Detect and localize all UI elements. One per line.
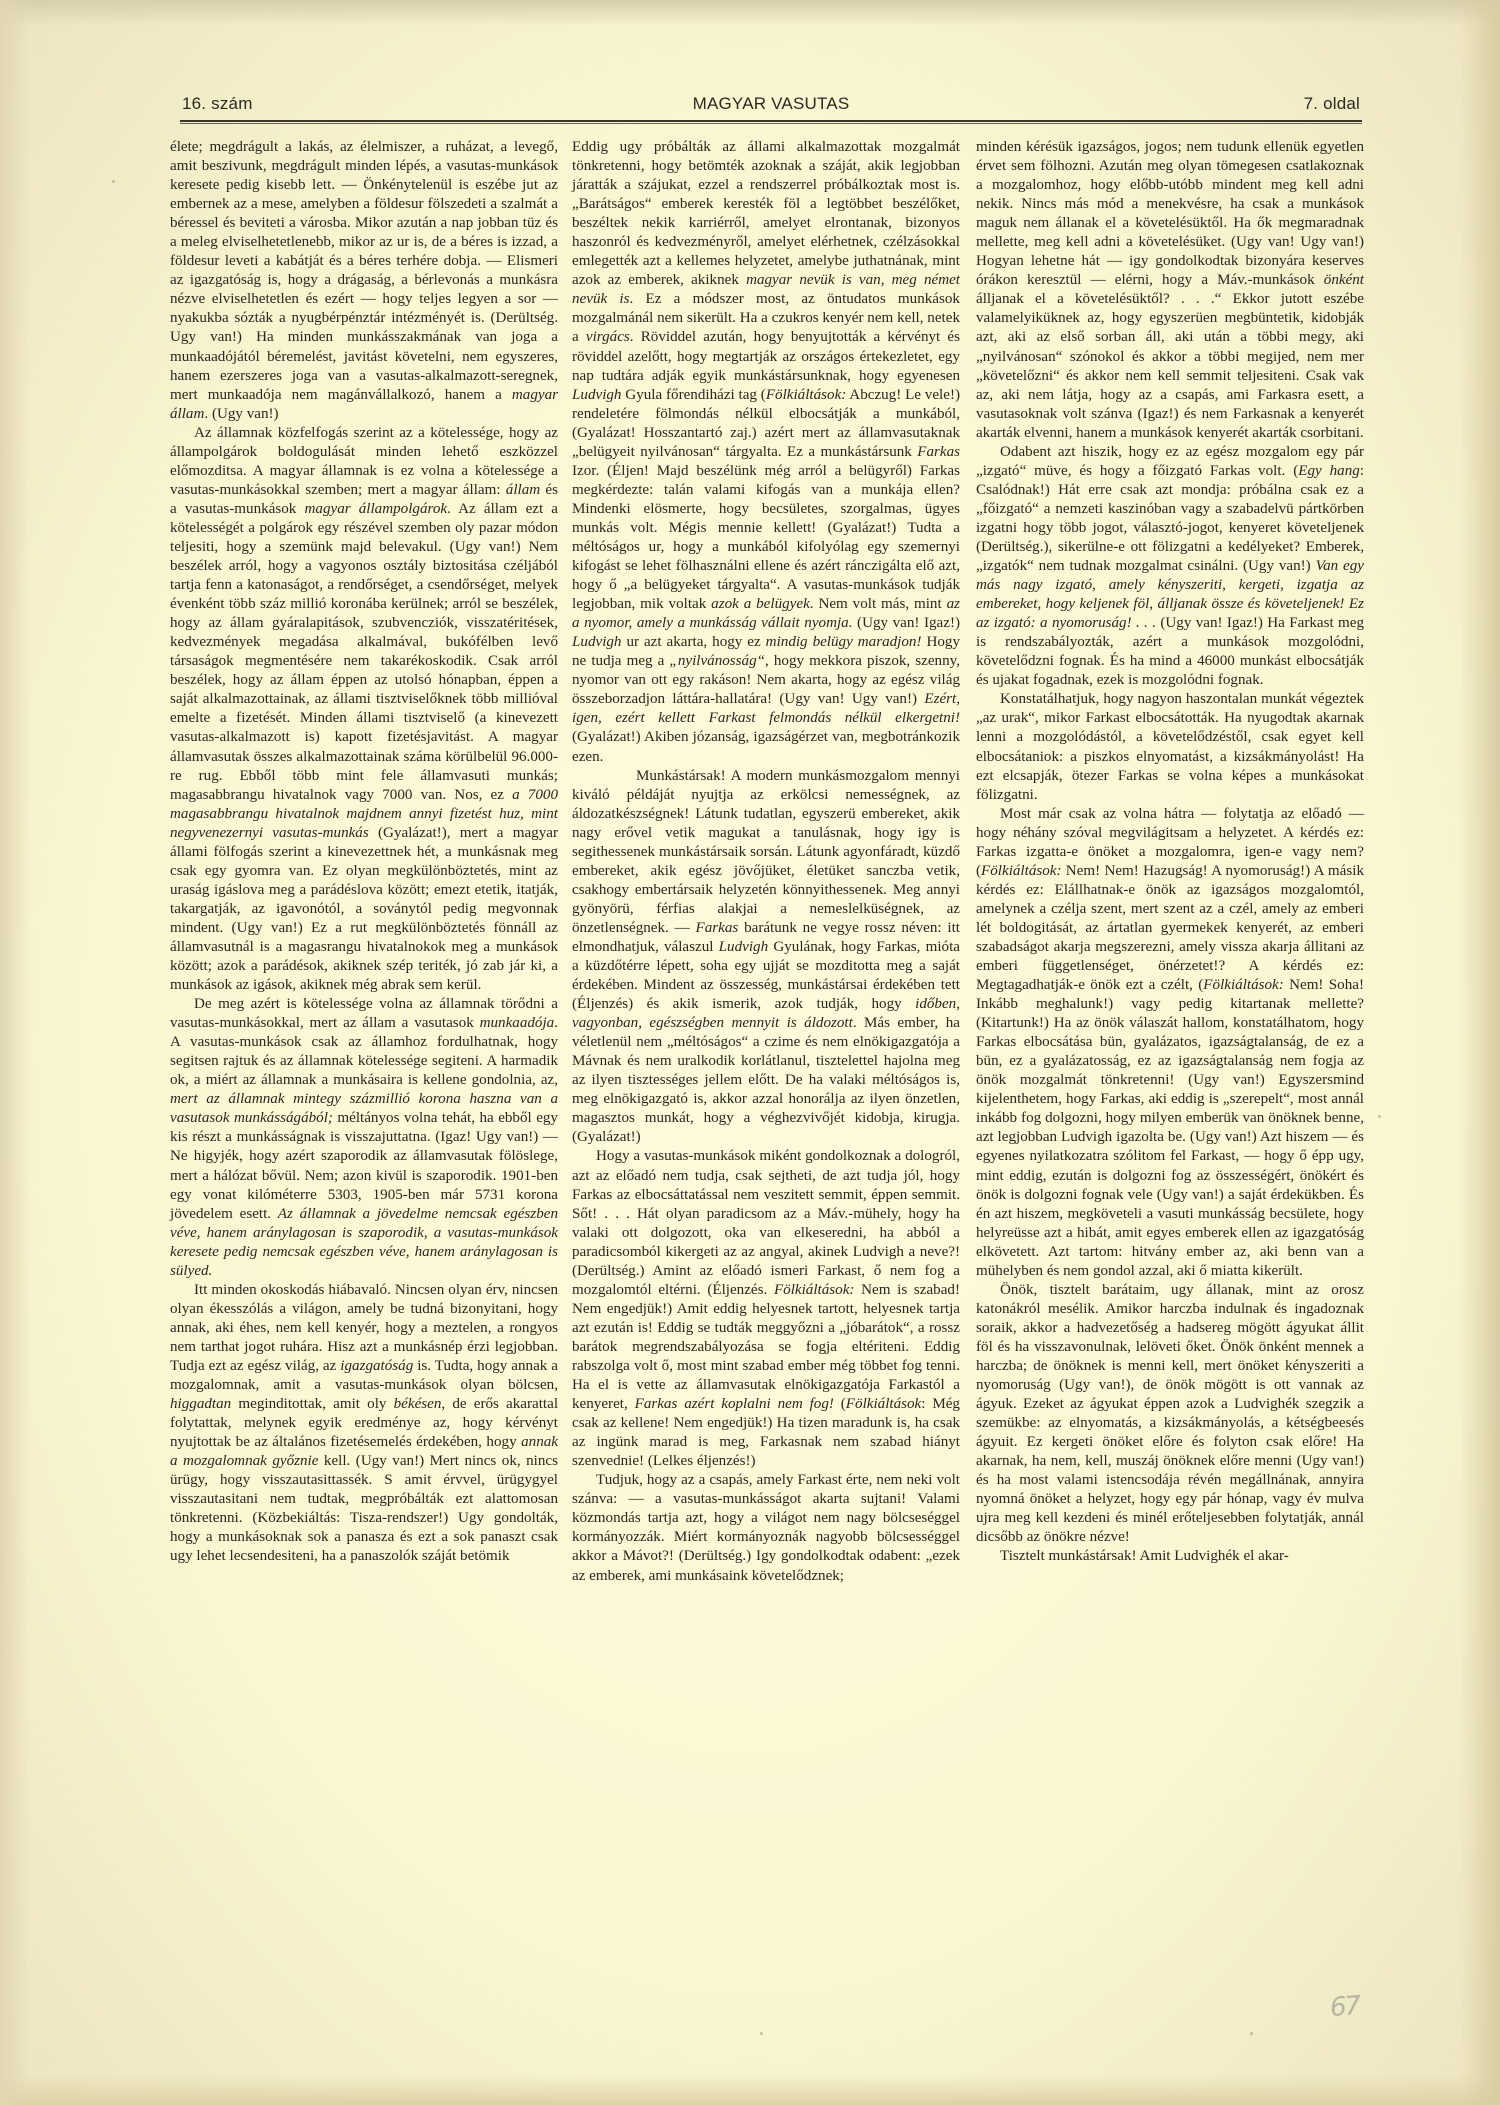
emphasized-text: munkaadója xyxy=(480,1015,555,1031)
page-number: 7. oldal xyxy=(1304,94,1360,114)
article-paragraph: Odabent azt hiszik, hogy ez az egész moz… xyxy=(976,443,1364,691)
emphasized-text: magyar állampolgárok xyxy=(305,501,448,517)
text-column-2: Eddig ugy próbálták az állami alkalmazot… xyxy=(572,138,960,1586)
text-run: Nem! Soha! Inkább meghalunk!) vagy pedig… xyxy=(976,977,1364,1279)
newspaper-page: 16. szám MAGYAR VASUTAS 7. oldal élete; … xyxy=(0,0,1500,2105)
article-paragraph: Eddig ugy próbálták az állami alkalmazot… xyxy=(572,138,960,767)
emphasized-text: mindig belügy maradjon! xyxy=(766,634,922,650)
emphasized-text: Farkas azért koplalni nem fog! xyxy=(635,1396,834,1412)
text-run: . Más ember, ha véletlenül nem „méltóság… xyxy=(572,1015,960,1145)
emphasized-text: Fölkiáltások: xyxy=(766,387,846,403)
emphasized-text: Fölkiáltások: xyxy=(1203,977,1283,993)
article-paragraph: De meg azért is kötelessége volna az áll… xyxy=(170,995,558,1281)
emphasized-text: Fölkiáltások: xyxy=(774,1282,854,1298)
article-paragraph: élete; megdrágult a lakás, az élelmiszer… xyxy=(170,138,558,424)
paper-speck xyxy=(1250,2032,1253,2035)
header-rule xyxy=(180,120,1362,124)
emphasized-text: igazgatóság xyxy=(340,1358,413,1374)
article-paragraph: Most már csak az volna hátra — folytatja… xyxy=(976,805,1364,1281)
emphasized-text: békésen xyxy=(394,1396,442,1412)
text-run: (Gyalázat!) Akiben józanság, igazságérze… xyxy=(572,729,960,764)
text-run: (Gyalázat!), mert a magyar állami fölfog… xyxy=(170,825,558,993)
text-run: Gyula főrendiházi tag ( xyxy=(621,387,765,403)
text-run: (Ugy van! Igaz!) xyxy=(853,615,961,631)
page-edge-left xyxy=(0,0,30,2105)
emphasized-text: önként xyxy=(1324,272,1364,288)
paper-speck xyxy=(1378,1115,1381,1118)
text-run: élete; megdrágult a lakás, az élelmiszer… xyxy=(170,139,558,403)
text-run: Munkástársak! A modern munkásmozgalom me… xyxy=(572,768,960,936)
emphasized-text: Ludvigh xyxy=(572,387,621,403)
text-column-1: élete; megdrágult a lakás, az élelmiszer… xyxy=(170,138,558,1567)
text-run: Önök, tisztelt barátaim, ugy állanak, mi… xyxy=(976,1282,1364,1546)
article-paragraph: Az államnak közfelfogás szerint az a köt… xyxy=(170,424,558,995)
text-run: meginditottak, amit oly xyxy=(231,1396,393,1412)
emphasized-text: Fölkiáltások: xyxy=(981,863,1061,879)
text-run: Izor. (Éljen! Majd beszélünk még arról a… xyxy=(572,463,960,612)
emphasized-text: „nyilvánosság“ xyxy=(669,653,765,669)
article-paragraph: Munkástársak! A modern munkásmozgalom me… xyxy=(572,767,960,1148)
emphasized-text: Farkas xyxy=(696,920,739,936)
text-run: ur azt akarta, hogy ez xyxy=(621,634,765,650)
text-run: kell. (Ugy van!) Mert nincs ok, nincs ür… xyxy=(170,1453,558,1564)
text-column-3: minden kérésük igazságos, jogos; nem tud… xyxy=(976,138,1364,1567)
emphasized-text: Ludvigh xyxy=(572,634,621,650)
emphasized-text: Fölkiáltások xyxy=(846,1396,921,1412)
text-run: álljanak el a követelésüktől? . . .“ Ekk… xyxy=(976,291,1364,440)
text-run: ( xyxy=(834,1396,846,1412)
article-paragraph: Tisztelt munkástársak! Amit Ludvighék el… xyxy=(976,1547,1364,1566)
emphasized-text: higgadtan xyxy=(170,1396,231,1412)
page-edge-bottom xyxy=(0,2075,1500,2105)
newspaper-title: MAGYAR VASUTAS xyxy=(182,94,1360,114)
paper-speck xyxy=(760,2032,763,2035)
text-run: Nem! Nem! Hazugság! A nyomoruság!) A más… xyxy=(976,863,1364,993)
text-run: Az államnak közfelfogás szerint az a köt… xyxy=(170,425,558,498)
text-run: . Az állam ezt a kötelességét a polgárok… xyxy=(170,501,558,803)
article-paragraph: Itt minden okoskodás hiábavaló. Nincsen … xyxy=(170,1281,558,1567)
text-run: Nem is szabad! Nem engedjük!) Amit eddig… xyxy=(572,1282,960,1412)
article-paragraph: Önök, tisztelt barátaim, ugy állanak, mi… xyxy=(976,1281,1364,1548)
text-run: Konstatálhatjuk, hogy nagyon haszontalan… xyxy=(976,691,1364,802)
emphasized-text: Farkas xyxy=(917,444,960,460)
paper-speck xyxy=(112,180,115,183)
emphasized-text: állam xyxy=(506,482,540,498)
text-run: . Nem volt más, mint xyxy=(810,596,947,612)
emphasized-text: virgács xyxy=(586,329,630,345)
running-head: 16. szám MAGYAR VASUTAS 7. oldal xyxy=(182,94,1360,120)
text-run: Hogy a vasutas-munkások miként gondolkoz… xyxy=(572,1148,960,1297)
handwritten-page-note: 67 xyxy=(1329,1991,1360,2023)
text-run: . Röviddel azután, hogy benyujtották a k… xyxy=(572,329,960,383)
article-paragraph: minden kérésük igazságos, jogos; nem tud… xyxy=(976,138,1364,443)
text-run: . (Ugy van!) xyxy=(204,406,278,422)
page-edge-right xyxy=(1460,0,1500,2105)
page-edge-top xyxy=(0,0,1500,26)
emphasized-text: azok a belügyek xyxy=(711,596,810,612)
emphasized-text: Egy hang xyxy=(1298,463,1360,479)
emphasized-text: Ludvigh xyxy=(719,939,768,955)
text-run: Tudjuk, hogy az a csapás, amely Farkast … xyxy=(572,1472,960,1583)
article-paragraph: Konstatálhatjuk, hogy nagyon haszontalan… xyxy=(976,690,1364,804)
text-run: Tisztelt munkástársak! Amit Ludvighék el… xyxy=(1000,1548,1289,1564)
text-run: minden kérésük igazságos, jogos; nem tud… xyxy=(976,139,1364,288)
text-run: Eddig ugy próbálták az állami alkalmazot… xyxy=(572,139,960,288)
text-run: : Csalódnak!) Hát erre csak azt mondja: … xyxy=(976,463,1364,574)
article-paragraph: Hogy a vasutas-munkások miként gondolkoz… xyxy=(572,1147,960,1471)
article-paragraph: Tudjuk, hogy az a csapás, amely Farkast … xyxy=(572,1471,960,1585)
